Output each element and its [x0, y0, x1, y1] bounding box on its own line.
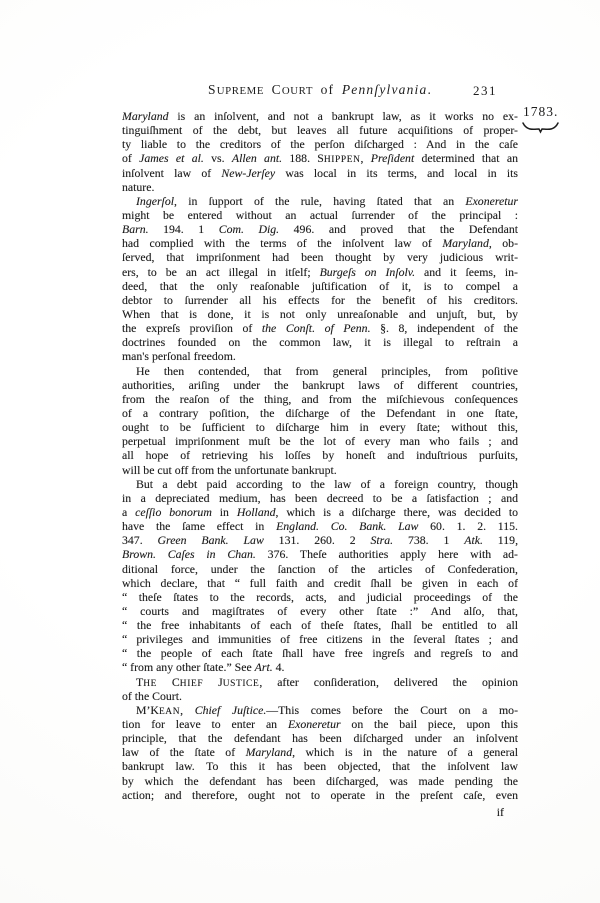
text-line: tinguiſhment of the debt, but leaves all… [122, 123, 518, 137]
text-line: which declare, that “ full faith and cre… [122, 576, 518, 590]
text-line: action; and therefore, ought not to oper… [122, 788, 518, 802]
text-line: ty liable to the creditors of the perſon… [122, 137, 518, 151]
book-page: SUPREME COURT of Pennſylvania. 231 1783.… [0, 0, 600, 903]
text-line: THE CHIEF JUSTICE, after conſideration, … [122, 675, 518, 689]
text-line: “ the people of each ſtate ſhall have fr… [122, 646, 518, 660]
text-line: had complied with the terms of the inſol… [122, 236, 518, 250]
text-line: He then contended, that from general pri… [122, 364, 518, 378]
text-line: Brown. Caſes in Chan. 376. Theſe authori… [122, 547, 518, 561]
text-line: But a debt paid according to the law of … [122, 477, 518, 491]
text-line: ought to be ſufficient to diſcharge him … [122, 420, 518, 434]
text-line: inſolvent law of New-Jerſey was local in… [122, 166, 518, 180]
text-line: nature. [122, 180, 518, 194]
margin-year: 1783. [523, 104, 573, 120]
text-line: Maryland is an inſolvent, and not a bank… [122, 109, 518, 123]
text-line: “ privileges and immunities of free citi… [122, 632, 518, 646]
text-line: perpetual impriſonment muſt be the lot o… [122, 434, 518, 448]
text-line: of a contrary poſition, the diſcharge of… [122, 406, 518, 420]
text-line: deed, that the only reaſonable juſtifica… [122, 279, 518, 293]
text-line: tion for leave to enter an Exoneretur on… [122, 717, 518, 731]
text-line: Barn. 194. 1 Com. Dig. 496. and proved t… [122, 222, 518, 236]
text-line: ditional force, under the ſanction of th… [122, 562, 518, 576]
text-line: “ courts and magiſtrates of every other … [122, 604, 518, 618]
text-line: When that is done, it is not only unreaſ… [122, 307, 518, 321]
text-line: “ the free inhabitants of each of theſe … [122, 618, 518, 632]
text-line: of the Court. [122, 689, 518, 703]
running-head-title: SUPREME COURT of Pennſylvania. [122, 82, 518, 98]
text-line: will be cut off from the unfortunate ban… [122, 463, 518, 477]
text-line: “ from any other ſtate.” See Art. 4. [122, 660, 518, 674]
text-line: in a depreciated medium, has been decree… [122, 491, 518, 505]
text-line: might be entered without an actual ſurre… [122, 208, 518, 222]
text-line: authorities, ariſing under the bankrupt … [122, 378, 518, 392]
catchword: if [122, 805, 518, 820]
text-line: 347. Green Bank. Law 131. 260. 2 Stra. 7… [122, 533, 518, 547]
text-line: have the ſame effect in England. Co. Ban… [122, 519, 518, 533]
text-line: debtor to ſurrender all his effects for … [122, 293, 518, 307]
text-line: the expreſs proviſion of the Conſt. of P… [122, 321, 518, 335]
text-line: a ceſſio bonorum in Holland, which is a … [122, 505, 518, 519]
text-line: by which the defendant has been diſcharg… [122, 774, 518, 788]
year-underbrace-icon [521, 120, 561, 134]
margin-note: 1783. [523, 104, 573, 134]
text-column: Maryland is an inſolvent, and not a bank… [122, 109, 518, 802]
text-line: “ theſe ſtates to the records, acts, and… [122, 590, 518, 604]
text-line: doctrines founded on the common law, it … [122, 335, 518, 349]
text-line: of James et al. vs. Allen ant. 188. SHIP… [122, 151, 518, 165]
text-line: Ingerſol, in ſupport of the rule, having… [122, 194, 518, 208]
page-number: 231 [473, 83, 497, 99]
text-line: principle, that the defendant has been d… [122, 731, 518, 745]
text-line: ers, to be an act illegal in itſelf; Bur… [122, 265, 518, 279]
text-line: M’KEAN, Chief Juſtice.—This comes before… [122, 703, 518, 717]
text-line: from the reaſon of the thing, and from t… [122, 392, 518, 406]
text-line: all hope of retrieving his loſſes by hon… [122, 448, 518, 462]
text-line: law of the ſtate of Maryland, which is i… [122, 745, 518, 759]
text-line: bankrupt law. To this it has been object… [122, 759, 518, 773]
text-line: ſerved, that impriſonment had been thoug… [122, 250, 518, 264]
text-line: man's perſonal freedom. [122, 349, 518, 363]
